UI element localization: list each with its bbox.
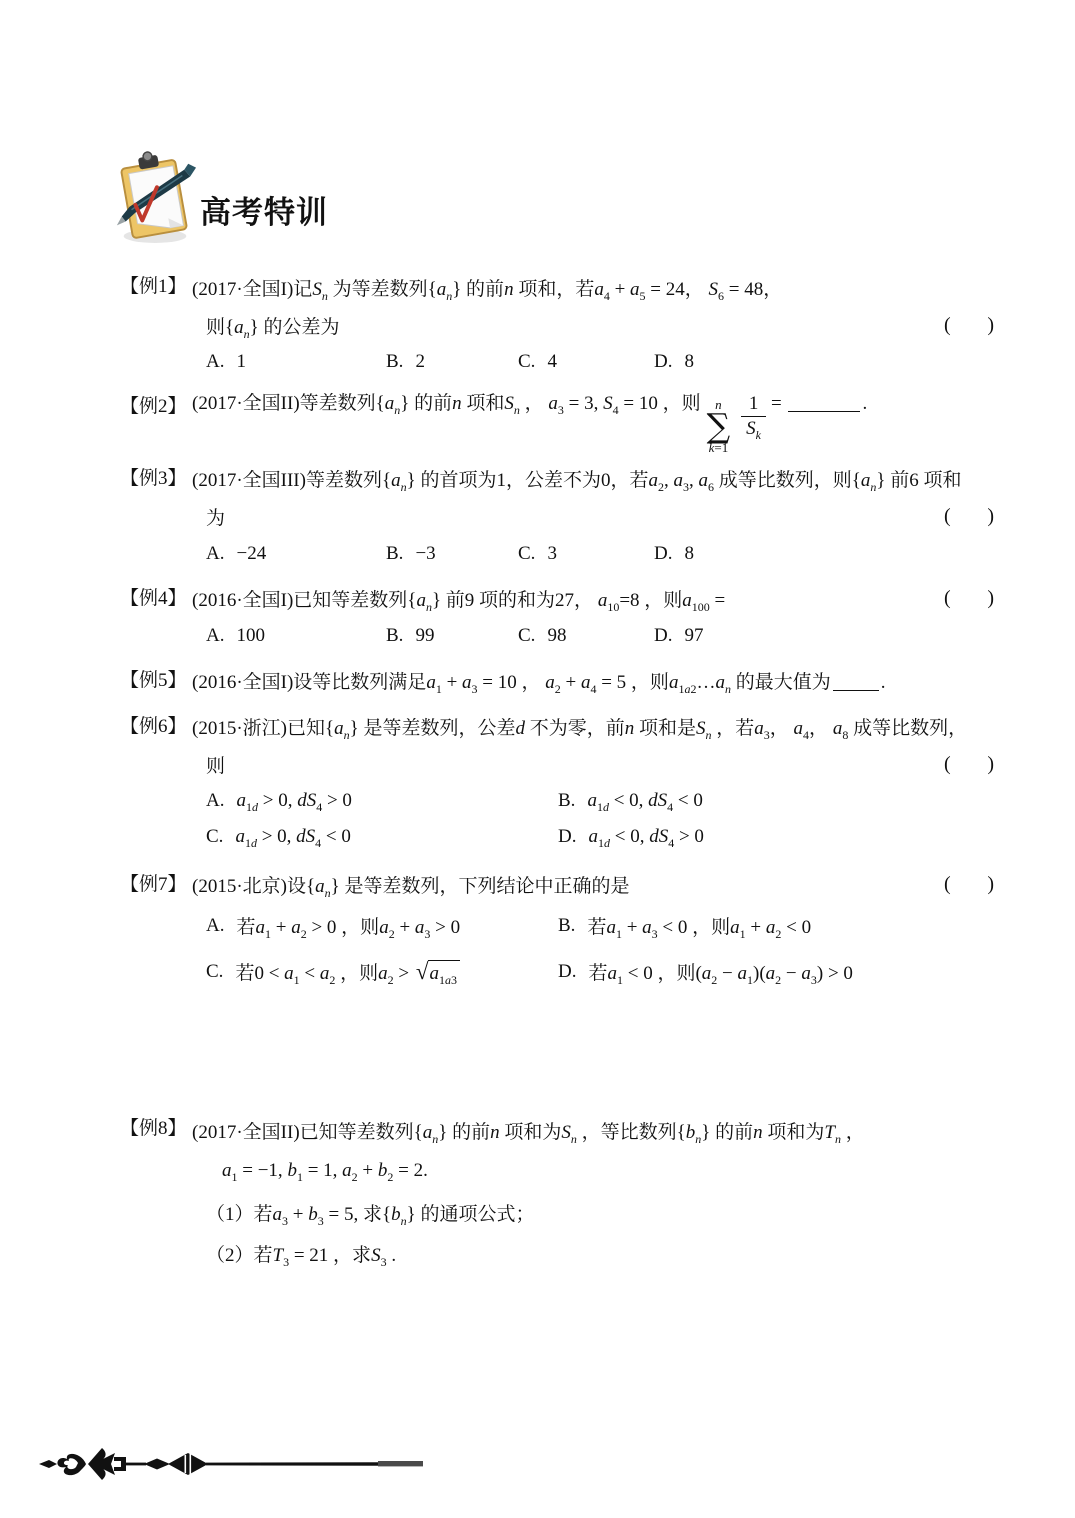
subscript: 3 <box>283 1254 289 1268</box>
subscript: 1 <box>232 1170 238 1184</box>
option-text: 98 <box>547 625 566 647</box>
math-variable: n <box>514 403 520 417</box>
subscript: n <box>835 1131 841 1145</box>
math-variable: a <box>429 963 439 984</box>
problem-body: (2017·全国III)等差数列{an} 的首项为1，公差不为0，若a2, a3… <box>192 460 1022 572</box>
subscript: 1 <box>616 927 622 941</box>
option: D.8 <box>654 345 694 379</box>
subscript: 1a <box>439 973 451 987</box>
problem-ex1: 【例1】(2017·全国I)记Sn 为等差数列{an} 的前n 项和，若a4 +… <box>120 268 1022 380</box>
option-key: A. <box>206 351 224 373</box>
math-variable: a <box>766 917 776 938</box>
subscript: 2 <box>352 1170 358 1184</box>
subscript: 4 <box>315 835 321 849</box>
problem-text: a1 = −1, b1 = 1, a2 + b2 = 2. <box>222 1160 428 1182</box>
subscript: n <box>446 288 452 302</box>
option-key: C. <box>518 543 535 565</box>
math-variable: a <box>273 1204 283 1225</box>
option-text: a1d > 0, dS4 < 0 <box>235 826 350 848</box>
option-key: D. <box>654 625 672 647</box>
option-text: 若a1 + a3 < 0 ，则a1 + a2 < 0 <box>587 912 811 939</box>
subscript: 2 <box>329 973 335 987</box>
math-variable: k <box>756 428 761 442</box>
subscript: 3 <box>764 728 770 742</box>
math-variable: a <box>598 590 608 611</box>
math-variable: S <box>659 826 669 847</box>
subscript: 3 <box>652 927 658 941</box>
option-key: A. <box>206 790 224 812</box>
math-variable: n <box>401 480 407 494</box>
paren-open: ( <box>944 753 951 776</box>
option-key: B. <box>558 790 575 812</box>
option-text: −3 <box>415 543 435 565</box>
problem-line: (2017·全国II)已知等差数列{an} 的前n 项和为Sn ，等比数列{bn… <box>192 1110 1022 1151</box>
option-key: B. <box>386 351 403 373</box>
subscript: 1 <box>297 1170 303 1184</box>
math-variable: S <box>561 1122 571 1143</box>
problem-text: (2015·北京)设{an} 是等差数列，下列结论中正确的是 <box>192 871 629 898</box>
subscript: 1d <box>597 799 609 813</box>
math-variable: n <box>401 1213 407 1227</box>
problem-label: 【例6】 <box>120 708 192 854</box>
subscript: 1d <box>246 799 258 813</box>
problem-label: 【例1】 <box>120 268 192 380</box>
problem-label: 【例8】 <box>120 1110 192 1274</box>
option: B.a1d < 0, dS4 < 0 <box>558 784 1022 818</box>
roman-numeral: II <box>281 393 294 414</box>
option: D.97 <box>654 619 703 653</box>
math-variable: a <box>385 393 395 414</box>
math-variable: a <box>426 672 436 693</box>
math-variable: a <box>234 317 244 338</box>
option: A.a1d > 0, dS4 > 0 <box>206 784 558 818</box>
option: A.1 <box>206 345 386 379</box>
math-variable: a <box>320 963 330 984</box>
math-variable: T <box>824 1122 835 1143</box>
subscript: 2 <box>387 1170 393 1184</box>
math-variable: b <box>308 1204 318 1225</box>
math-variable: S <box>658 790 668 811</box>
option: C.3 <box>518 537 654 571</box>
problem-label: 【例5】 <box>120 662 192 700</box>
subscript: n <box>394 403 400 417</box>
paren-close: ) <box>987 505 994 528</box>
problem-text: 则{an} 的公差为 <box>206 312 340 339</box>
math-variable: a <box>630 279 640 300</box>
page: 高考特训 【例1】(2017·全国I)记Sn 为等差数列{an} 的前n 项和，… <box>0 0 1075 1518</box>
blank-line <box>788 392 860 412</box>
math-variable: a <box>416 590 426 611</box>
math-variable: k <box>709 440 715 455</box>
paren-close: ) <box>987 314 994 337</box>
subscript: n <box>695 1131 701 1145</box>
option: C.98 <box>518 619 654 653</box>
radicand: a1a3 <box>428 960 460 985</box>
math-variable: b <box>287 1160 297 1181</box>
roman-numeral: I <box>281 590 287 611</box>
problem-body: (2015·浙江)已知{an} 是等差数列，公差d 不为零，前n 项和是Sn ，… <box>192 708 1022 854</box>
option: B.99 <box>386 619 518 653</box>
option-text: 97 <box>684 625 703 647</box>
subscript: n <box>325 886 331 900</box>
math-variable: a <box>342 1160 352 1181</box>
options: A.a1d > 0, dS4 > 0B.a1d < 0, dS4 < 0C.a1… <box>192 784 1022 854</box>
problem-line: （2）若T3 = 21 ，求S3 . <box>192 1233 1022 1274</box>
problem-text: (2017·全国III)等差数列{an} 的首项为1，公差不为0，若a2, a3… <box>192 465 961 492</box>
subscript: n <box>725 682 731 696</box>
subscript: 1 <box>740 927 746 941</box>
math-variable: a <box>587 790 597 811</box>
option-key: C. <box>206 961 223 983</box>
option-text: 若a1 < 0 ，则(a2 − a1)(a2 − a3) > 0 <box>588 958 852 985</box>
math-variable: d <box>251 835 257 849</box>
math-variable: a <box>236 790 246 811</box>
problem-line: a1 = −1, b1 = 1, a2 + b2 = 2. <box>192 1151 1022 1192</box>
problem-ex3: 【例3】(2017·全国III)等差数列{an} 的首项为1，公差不为0，若a2… <box>120 460 1022 572</box>
math-variable: S <box>306 826 316 847</box>
math-variable: n <box>706 728 712 742</box>
paren-open: ( <box>944 873 951 896</box>
subscript: 2 <box>388 973 394 987</box>
radical-icon: √ <box>416 960 429 983</box>
math-variable: n <box>490 1122 500 1143</box>
math-variable: n <box>753 1122 763 1143</box>
math-variable: a <box>235 826 245 847</box>
problem-line: （1）若a3 + b3 = 5, 求{bn} 的通项公式； <box>192 1192 1022 1233</box>
math-variable: a <box>256 917 266 938</box>
problem-body: (2016·全国I)已知等差数列{an} 前9 项的和为27， a10=8 ，则… <box>192 580 1022 654</box>
option: B.2 <box>386 345 518 379</box>
math-variable: a <box>545 672 555 693</box>
problem-body: (2017·全国II)等差数列{an} 的前n 项和Sn ， a3 = 3, S… <box>192 388 1022 454</box>
problem-line: (2015·浙江)已知{an} 是等差数列，公差d 不为零，前n 项和是Sn ，… <box>192 708 1022 746</box>
math-variable: a <box>702 963 712 984</box>
option-text: 8 <box>684 543 694 565</box>
problem-text: （2）若T3 = 21 ，求S3 . <box>206 1240 396 1267</box>
math-variable: a <box>715 672 725 693</box>
subscript: 3 <box>282 1213 288 1227</box>
math-variable: a <box>548 393 558 414</box>
option-text: 99 <box>415 625 434 647</box>
problem-text: （1）若a3 + b3 = 5, 求{bn} 的通项公式； <box>206 1199 534 1226</box>
subscript: 2 <box>555 682 561 696</box>
problem-ex6: 【例6】(2015·浙江)已知{an} 是等差数列，公差d 不为零，前n 项和是… <box>120 708 1022 854</box>
math-variable: a <box>594 279 604 300</box>
option: D.8 <box>654 537 694 571</box>
math-variable: S <box>603 393 613 414</box>
math-variable: a <box>334 718 344 739</box>
math-variable: d <box>604 835 610 849</box>
problem-ex5: 【例5】(2016·全国I)设等比数列满足a1 + a3 = 10 ， a2 +… <box>120 662 1022 700</box>
subscript: n <box>322 288 328 302</box>
math-variable: S <box>312 279 322 300</box>
math-variable: S <box>307 790 317 811</box>
subscript: 4 <box>668 835 674 849</box>
subscript: 3 <box>683 480 689 494</box>
option-key: C. <box>518 625 535 647</box>
subscript: 3 <box>381 1254 387 1268</box>
option-key: A. <box>206 915 224 937</box>
option-key: D. <box>654 543 672 565</box>
problem-text: 为 <box>206 503 225 530</box>
subscript: 2 <box>301 927 307 941</box>
roman-numeral: I <box>281 279 287 300</box>
subscript: 1 <box>265 927 271 941</box>
math-variable: d <box>603 799 609 813</box>
math-variable: a <box>222 1160 232 1181</box>
math-variable: n <box>432 1131 438 1145</box>
math-variable: n <box>725 682 731 696</box>
option-key: B. <box>386 543 403 565</box>
option: C.4 <box>518 345 654 379</box>
math-variable: a <box>606 917 616 938</box>
subscript: 100 <box>692 600 710 614</box>
option-text: 3 <box>547 543 557 565</box>
option-text: 100 <box>236 625 265 647</box>
subscript: 4 <box>803 728 809 742</box>
math-variable: n <box>835 1131 841 1145</box>
option-text: −24 <box>236 543 266 565</box>
paren-open: ( <box>944 505 951 528</box>
math-variable: n <box>571 1131 577 1145</box>
math-variable: S <box>746 418 756 439</box>
option-text: 若a1 + a2 > 0 ，则a2 + a3 > 0 <box>236 912 460 939</box>
subscript: 3 <box>424 927 430 941</box>
problem-body: (2017·全国I)记Sn 为等差数列{an} 的前n 项和，若a4 + a5 … <box>192 268 1022 380</box>
math-variable: a <box>698 470 708 491</box>
subscript: 1 <box>617 973 623 987</box>
subscript: 4 <box>667 799 673 813</box>
problem-line: 则() <box>192 746 1022 784</box>
math-variable: S <box>709 279 719 300</box>
math-variable: n <box>452 393 462 414</box>
subscript: 3 <box>558 403 564 417</box>
problem-ex2: 【例2】(2017·全国II)等差数列{an} 的前n 项和Sn ， a3 = … <box>120 388 1022 454</box>
math-variable: a <box>673 470 683 491</box>
subscript: 1d <box>245 835 257 849</box>
option-text: 1 <box>236 351 246 373</box>
option-text: 若0 < a1 < a2 ，则a2 > √a1a3 <box>235 958 462 985</box>
math-variable: d <box>649 826 659 847</box>
math-variable: a <box>738 963 748 984</box>
section-title: 高考特训 <box>200 187 328 232</box>
math-variable: a <box>801 963 811 984</box>
math-variable: S <box>504 393 514 414</box>
subscript: 8 <box>842 728 848 742</box>
problem-line: 则{an} 的公差为() <box>192 306 1022 344</box>
subscript: 2 <box>775 927 781 941</box>
problem-ex7: 【例7】 (2015·北京)设{an} 是等差数列，下列结论中正确的是()A.若… <box>120 866 1022 994</box>
option-key: B. <box>558 915 575 937</box>
option-key: A. <box>206 543 224 565</box>
subscript: 1 <box>294 973 300 987</box>
problem-text: (2015·浙江)已知{an} 是等差数列，公差d 不为零，前n 项和是Sn ，… <box>192 713 967 740</box>
subscript: 5 <box>640 288 646 302</box>
problem-line: (2017·全国II)等差数列{an} 的前n 项和Sn ， a3 = 3, S… <box>192 388 1022 454</box>
problem-ex4: 【例4】(2016·全国I)已知等差数列{an} 前9 项的和为27， a10=… <box>120 580 1022 654</box>
math-variable: a <box>379 917 389 938</box>
problem-line: (2015·北京)设{an} 是等差数列，下列结论中正确的是() <box>192 866 1022 904</box>
subscript: n <box>514 403 520 417</box>
subscript: 10 <box>607 600 619 614</box>
problem-text: (2017·全国II)已知等差数列{an} 的前n 项和为Sn ，等比数列{bn… <box>192 1117 865 1144</box>
math-variable: a <box>588 826 598 847</box>
math-variable: a <box>315 876 325 897</box>
subscript: 2 <box>658 480 664 494</box>
option: C.a1d > 0, dS4 < 0 <box>206 820 558 854</box>
math-variable: a <box>391 470 401 491</box>
math-variable: a <box>291 917 301 938</box>
section-header: 高考特训 <box>110 148 328 246</box>
problem-label: 【例4】 <box>120 580 192 654</box>
math-variable: T <box>273 1245 284 1266</box>
subscript: 3 <box>472 682 478 696</box>
problem-text: (2016·全国I)已知等差数列{an} 前9 项的和为27， a10=8 ，则… <box>192 585 725 612</box>
problem-line: (2017·全国III)等差数列{an} 的首项为1，公差不为0，若a2, a3… <box>192 460 1022 498</box>
option-text: a1d > 0, dS4 > 0 <box>236 790 351 812</box>
paren-open: ( <box>944 314 951 337</box>
math-variable: a <box>861 470 871 491</box>
math-variable: n <box>325 886 331 900</box>
subscript: n <box>244 326 250 340</box>
math-variable: a <box>766 963 776 984</box>
subscript: 4 <box>613 403 619 417</box>
subscript: 2 <box>389 927 395 941</box>
option-key: D. <box>558 961 576 983</box>
problem-line: (2016·全国I)已知等差数列{an} 前9 项的和为27， a10=8 ，则… <box>192 580 1022 618</box>
subscript: n <box>870 480 876 494</box>
math-variable: a <box>378 963 388 984</box>
option: A.若a1 + a2 > 0 ，则a2 + a3 > 0 <box>206 904 558 948</box>
math-variable: a <box>462 672 472 693</box>
problem-body: (2016·全国I)设等比数列满足a1 + a3 = 10 ， a2 + a4 … <box>192 662 1022 700</box>
math-variable: a <box>682 590 692 611</box>
problem-line: (2017·全国I)记Sn 为等差数列{an} 的前n 项和，若a4 + a5 … <box>192 268 1022 306</box>
subscript: 6 <box>708 480 714 494</box>
options: A.若a1 + a2 > 0 ，则a2 + a3 > 0B.若a1 + a3 <… <box>192 904 1022 994</box>
math-variable: a <box>415 917 425 938</box>
problem-body: (2015·北京)设{an} 是等差数列，下列结论中正确的是()A.若a1 + … <box>192 866 1022 994</box>
option-key: C. <box>518 351 535 373</box>
subscript: 1a <box>678 682 690 696</box>
problem-line: (2016·全国I)设等比数列满足a1 + a3 = 10 ， a2 + a4 … <box>192 662 1022 700</box>
math-variable: b <box>391 1204 401 1225</box>
sigma-icon: ∑ <box>707 411 731 441</box>
math-variable: n <box>394 403 400 417</box>
math-variable: a <box>648 470 658 491</box>
blank-line <box>833 671 879 691</box>
roman-numeral: II <box>281 1122 294 1143</box>
options: A.1B.2C.4D.8 <box>192 344 1022 380</box>
subscript: n <box>401 480 407 494</box>
option-key: B. <box>386 625 403 647</box>
problem-label: 【例2】 <box>120 388 192 454</box>
math-variable: a <box>608 963 618 984</box>
subscript: 2 <box>711 973 717 987</box>
answer-paren: () <box>944 873 994 896</box>
denominator: Sk <box>741 416 766 441</box>
roman-numeral: III <box>281 470 300 491</box>
paren-open: ( <box>944 587 951 610</box>
option-key: D. <box>558 826 576 848</box>
subscript: 3 <box>451 973 457 987</box>
math-variable: a <box>437 279 447 300</box>
subscript: 1 <box>436 682 442 696</box>
option: B.−3 <box>386 537 518 571</box>
options: A.100B.99C.98D.97 <box>192 618 1022 654</box>
math-variable: n <box>322 288 328 302</box>
subscript: n <box>706 728 712 742</box>
option: A.100 <box>206 619 386 653</box>
problem-text: (2017·全国II)等差数列{an} 的前n 项和Sn ， a3 = 3, S… <box>192 388 867 454</box>
subscript: 1d <box>598 835 610 849</box>
option-key: D. <box>654 351 672 373</box>
math-variable: d <box>297 790 307 811</box>
subscript: 4 <box>590 682 596 696</box>
option-text: a1d < 0, dS4 > 0 <box>588 826 703 848</box>
option: D.a1d < 0, dS4 > 0 <box>558 820 1022 854</box>
math-variable: a <box>754 718 764 739</box>
math-variable: d <box>252 799 258 813</box>
fraction: 1Sk <box>741 392 766 441</box>
math-variable: S <box>696 718 706 739</box>
problem-ex8: 【例8】(2017·全国II)已知等差数列{an} 的前n 项和为Sn ，等比数… <box>120 1110 1022 1274</box>
option-key: C. <box>206 826 223 848</box>
problem-text: 则 <box>206 751 225 778</box>
square-root: √a1a3 <box>416 960 460 985</box>
paren-close: ) <box>987 753 994 776</box>
subscript: 3 <box>318 1213 324 1227</box>
problem-text: (2016·全国I)设等比数列满足a1 + a3 = 10 ， a2 + a4 … <box>192 667 885 694</box>
option-key: A. <box>206 625 224 647</box>
summation: n∑k=1 <box>707 398 731 454</box>
subscript: n <box>432 1131 438 1145</box>
math-variable: a <box>284 963 294 984</box>
math-variable: n <box>504 279 514 300</box>
subscript: n <box>344 728 350 742</box>
math-variable: a <box>730 917 740 938</box>
math-variable: b <box>686 1122 696 1143</box>
answer-paren: () <box>944 753 994 776</box>
subscript: n <box>401 1213 407 1227</box>
math-variable: d <box>515 718 525 739</box>
paren-close: ) <box>987 587 994 610</box>
math-variable: n <box>695 1131 701 1145</box>
option-text: a1d < 0, dS4 < 0 <box>587 790 702 812</box>
option-text: 2 <box>415 351 425 373</box>
problem-line: 为() <box>192 498 1022 536</box>
subscript: n <box>571 1131 577 1145</box>
option: B.若a1 + a3 < 0 ，则a1 + a2 < 0 <box>558 904 1022 948</box>
subscript: 1 <box>747 973 753 987</box>
subscript: k <box>756 428 761 442</box>
option-text: 8 <box>684 351 694 373</box>
options: A.−24B.−3C.3D.8 <box>192 536 1022 572</box>
math-variable: a <box>794 718 804 739</box>
option: A.−24 <box>206 537 386 571</box>
math-variable: S <box>371 1245 381 1266</box>
paren-close: ) <box>987 873 994 896</box>
problem-body: (2017·全国II)已知等差数列{an} 的前n 项和为Sn ，等比数列{bn… <box>192 1110 1022 1274</box>
roman-numeral: I <box>281 672 287 693</box>
option-text: 4 <box>547 351 557 373</box>
numerator: 1 <box>744 392 764 416</box>
math-variable: a <box>669 672 679 693</box>
problem-label: 【例7】 <box>120 866 192 994</box>
footer-ornament-icon <box>38 1446 423 1482</box>
problems: 【例1】(2017·全国I)记Sn 为等差数列{an} 的前n 项和，若a4 +… <box>120 268 1022 1282</box>
math-variable: a <box>642 917 652 938</box>
